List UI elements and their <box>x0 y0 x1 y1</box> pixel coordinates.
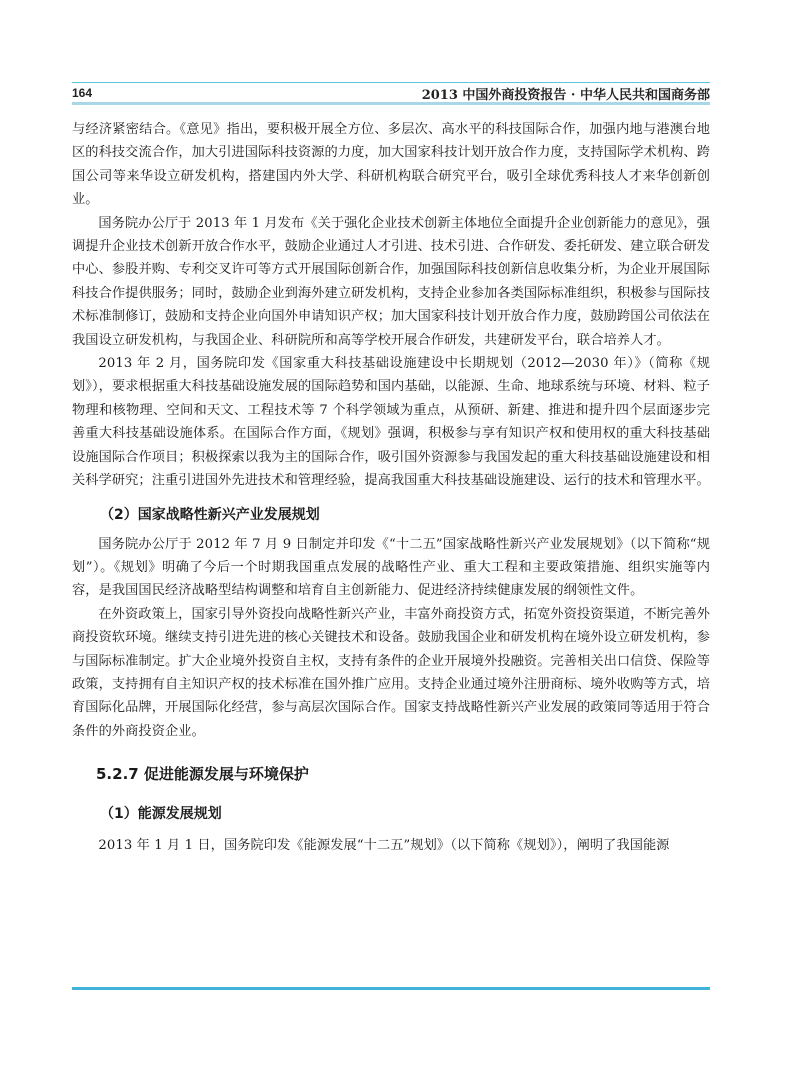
paragraph-foreign-investment-policy: 在外资政策上，国家引导外资投向战略性新兴产业，丰富外商投资方式，拓宽外资投资渠道… <box>72 603 710 743</box>
header-bottom-rule <box>72 102 710 105</box>
footer-rule <box>72 987 710 990</box>
page-number: 164 <box>72 86 92 100</box>
page-header: 164 2013 中国外商投资报告 · 中华人民共和国商务部 <box>72 84 710 102</box>
paragraph-strategic-plan: 国务院办公厅于 2012 年 7 月 9 日制定并印发《“十二五”国家战略性新兴… <box>72 533 710 603</box>
paragraph-enterprise-innovation: 国务院办公厅于 2013 年 1 月发布《关于强化企业技术创新主体地位全面提升企… <box>72 212 710 352</box>
paragraph-infrastructure-plan: 2013 年 2 月，国务院印发《国家重大科技基础设施建设中长期规划（2012—… <box>72 352 710 492</box>
running-title: 2013 中国外商投资报告 · 中华人民共和国商务部 <box>422 84 710 103</box>
page-body: 与经济紧密结合。《意见》指出，要积极开展全方位、多层次、高水平的科技国际合作，加… <box>72 118 710 858</box>
paragraph-continuation: 与经济紧密结合。《意见》指出，要积极开展全方位、多层次、高水平的科技国际合作，加… <box>72 118 710 212</box>
paragraph-energy-plan: 2013 年 1 月 1 日，国务院印发《能源发展“十二五”规划》（以下简称《规… <box>72 834 710 857</box>
subheading-strategic-industries: （2）国家战略性新兴产业发展规划 <box>72 504 710 526</box>
subheading-energy-plan: （1）能源发展规划 <box>72 803 710 825</box>
section-heading-5-2-7: 5.2.7 促进能源发展与环境保护 <box>72 763 710 785</box>
